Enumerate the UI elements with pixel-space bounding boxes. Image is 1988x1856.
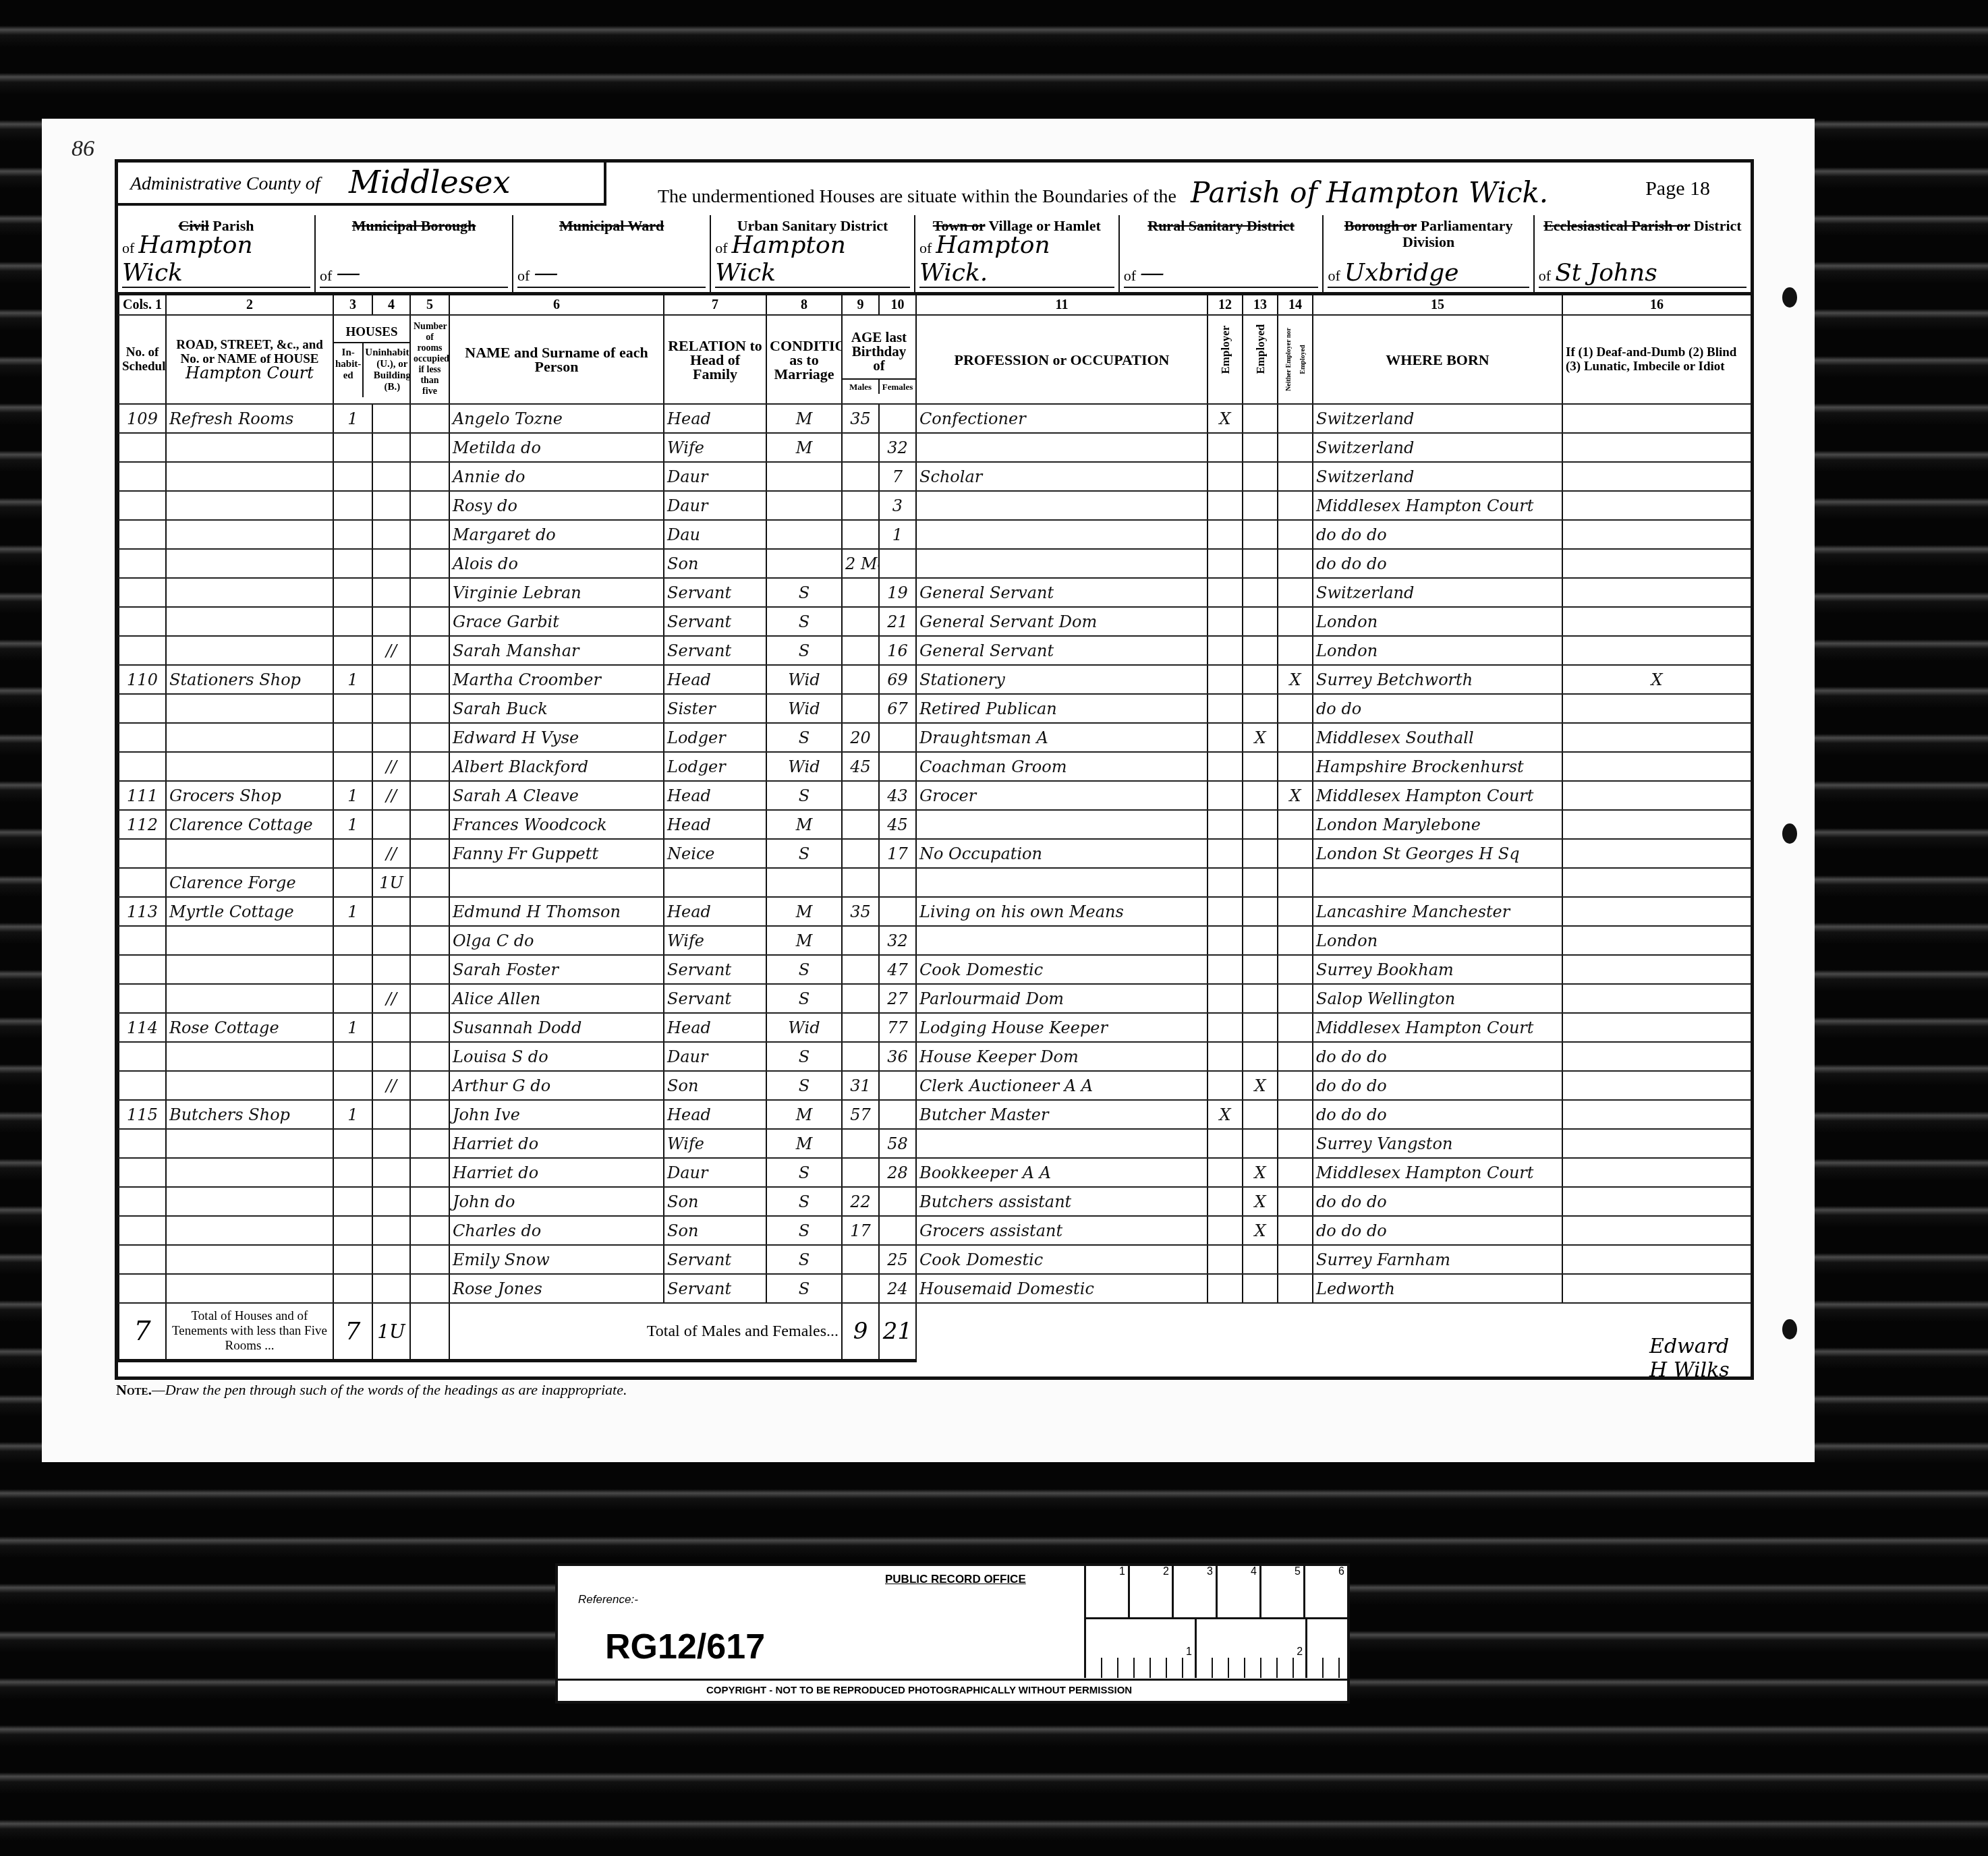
header-occupation: PROFESSION or OCCUPATION [916, 315, 1208, 404]
division-label-struck: Borough or [1344, 217, 1417, 234]
cell-neither [1278, 1187, 1313, 1216]
cell-relation: Servant [664, 1245, 766, 1274]
scale-ruler: 123456 12 [1084, 1566, 1349, 1678]
cell-condition: S [766, 723, 842, 752]
cell-uninhabited: // [372, 984, 410, 1013]
census-page: 86 Administrative County of Middlesex Th… [42, 119, 1815, 1462]
cell-male-age [842, 520, 879, 549]
division-value: ofHampton Wick [122, 231, 310, 288]
header-employed: Employed [1243, 315, 1278, 404]
table-row: Sarah BuckSisterWid67Retired Publicando … [119, 694, 1751, 723]
cell-address: Refresh Rooms [166, 404, 333, 433]
cell-female-age [879, 1216, 916, 1245]
cell-name: Sarah Buck [449, 694, 664, 723]
cell-infirmity [1562, 868, 1751, 897]
cell-neither [1278, 433, 1313, 462]
division-value: of— [320, 259, 508, 288]
table-row: Grace GarbitServantS21General Servant Do… [119, 607, 1751, 636]
cell-neither [1278, 839, 1313, 868]
cell-schedule [119, 1042, 166, 1071]
cell-uninhabited: 1U [372, 868, 410, 897]
column-number: 3 [333, 295, 372, 315]
cell-employed [1243, 665, 1278, 694]
cell-male-age [842, 955, 879, 984]
table-row: //Albert BlackfordLodgerWid45Coachman Gr… [119, 752, 1751, 781]
cell-relation: Son [664, 549, 766, 578]
division-value: ofUxbridge [1328, 259, 1529, 288]
cell-relation: Wife [664, 926, 766, 955]
cell-occupation: House Keeper Dom [916, 1042, 1208, 1071]
cell-neither [1278, 955, 1313, 984]
cell-name: Edward H Vyse [449, 723, 664, 752]
table-row: Charles doSonS17Grocers assistantXdo do … [119, 1216, 1751, 1245]
cell-schedule: 113 [119, 897, 166, 926]
cell-infirmity [1562, 491, 1751, 520]
division-7: Ecclesiastical Parish or DistrictofSt Jo… [1535, 215, 1751, 292]
cell-where-born: Salop Wellington [1313, 984, 1562, 1013]
division-value: ofHampton Wick. [919, 231, 1114, 288]
page-number: Page 18 [1645, 177, 1710, 200]
cell-address [166, 723, 333, 752]
cell-condition: Wid [766, 752, 842, 781]
cell-male-age: 57 [842, 1100, 879, 1129]
cell-name: John do [449, 1187, 664, 1216]
cell-name: Alois do [449, 549, 664, 578]
cell-where-born: Surrey Vangston [1313, 1129, 1562, 1158]
cell-employer [1208, 752, 1243, 781]
cell-female-age [879, 752, 916, 781]
cell-employer [1208, 665, 1243, 694]
cell-address [166, 1187, 333, 1216]
cell-schedule [119, 723, 166, 752]
cell-neither [1278, 578, 1313, 607]
reference-label: Reference:- [578, 1593, 638, 1606]
table-row: Emily SnowServantS25Cook DomesticSurrey … [119, 1245, 1751, 1274]
cell-neither [1278, 636, 1313, 665]
column-headers-row: No. of Schedule ROAD, STREET, &c., and N… [119, 315, 1751, 404]
cell-rooms [410, 1158, 449, 1187]
cell-employed [1243, 1042, 1278, 1071]
cell-male-age [842, 607, 879, 636]
cell-female-age: 47 [879, 955, 916, 984]
cell-where-born: London [1313, 926, 1562, 955]
cell-employed [1243, 607, 1278, 636]
header-relation: RELATION to Head of Family [664, 315, 766, 404]
cell-neither [1278, 1042, 1313, 1071]
cell-neither [1278, 607, 1313, 636]
division-label-text: Parliamentary Division [1402, 217, 1512, 250]
cell-address [166, 955, 333, 984]
cell-infirmity [1562, 1187, 1751, 1216]
cell-occupation: General Servant Dom [916, 607, 1208, 636]
cell-inhabited [333, 984, 372, 1013]
cell-employed [1243, 462, 1278, 491]
cell-rooms [410, 433, 449, 462]
cell-relation: Daur [664, 491, 766, 520]
cell-relation: Lodger [664, 723, 766, 752]
division-label-struck: Rural Sanitary District [1147, 217, 1295, 234]
cell-male-age: 22 [842, 1187, 879, 1216]
cell-rooms [410, 723, 449, 752]
cell-employer [1208, 1013, 1243, 1042]
cell-name: Charles do [449, 1216, 664, 1245]
header-condition: CONDITION as to Marriage [766, 315, 842, 404]
cell-female-age: 27 [879, 984, 916, 1013]
cell-condition: S [766, 1245, 842, 1274]
cell-condition: M [766, 404, 842, 433]
cell-employed [1243, 578, 1278, 607]
cell-rooms [410, 491, 449, 520]
cell-where-born: Middlesex Southall [1313, 723, 1562, 752]
division-label-struck: Ecclesiastical Parish or [1543, 217, 1690, 234]
cell-relation: Daur [664, 462, 766, 491]
cell-schedule [119, 520, 166, 549]
cell-neither [1278, 810, 1313, 839]
cell-employed: X [1243, 723, 1278, 752]
ruler-cm-mark: 2 [1130, 1566, 1174, 1617]
cell-address: Myrtle Cottage [166, 897, 333, 926]
header-age-group: AGE last Birthday of [843, 325, 915, 380]
binding-hole [1782, 1319, 1797, 1339]
cell-where-born: Switzerland [1313, 578, 1562, 607]
cell-inhabited [333, 868, 372, 897]
cell-employer [1208, 1071, 1243, 1100]
cell-name: Olga C do [449, 926, 664, 955]
cell-neither [1278, 549, 1313, 578]
division-6: Borough or Parliamentary DivisionofUxbri… [1324, 215, 1534, 292]
ruler-inch-remainder [1307, 1619, 1349, 1678]
cell-condition: S [766, 984, 842, 1013]
division-value-text: — [336, 259, 360, 287]
cell-rooms [410, 1187, 449, 1216]
cell-schedule [119, 1129, 166, 1158]
cell-employer [1208, 810, 1243, 839]
cell-neither [1278, 926, 1313, 955]
cell-infirmity [1562, 520, 1751, 549]
cell-uninhabited [372, 955, 410, 984]
cell-infirmity [1562, 578, 1751, 607]
cell-employer [1208, 578, 1243, 607]
total-persons-label: Total of Males and Females... [449, 1303, 842, 1361]
cell-schedule [119, 433, 166, 462]
cell-employed [1243, 1013, 1278, 1042]
table-row: //Sarah MansharServantS16General Servant… [119, 636, 1751, 665]
boundaries-label: The undermentioned Houses are situate wi… [658, 186, 1176, 207]
cell-schedule [119, 491, 166, 520]
cell-employed [1243, 404, 1278, 433]
cell-rooms [410, 868, 449, 897]
cell-relation: Servant [664, 607, 766, 636]
cell-infirmity [1562, 984, 1751, 1013]
cell-address [166, 549, 333, 578]
cell-inhabited [333, 636, 372, 665]
cell-inhabited [333, 578, 372, 607]
cell-address [166, 491, 333, 520]
cell-employer [1208, 694, 1243, 723]
cell-employer: X [1208, 1100, 1243, 1129]
cell-schedule: 115 [119, 1100, 166, 1129]
cell-employed [1243, 520, 1278, 549]
cell-male-age [842, 1042, 879, 1071]
cell-male-age [842, 1129, 879, 1158]
cell-male-age: 31 [842, 1071, 879, 1100]
cell-relation: Son [664, 1216, 766, 1245]
cell-condition: M [766, 810, 842, 839]
cell-address [166, 1158, 333, 1187]
cell-condition: S [766, 607, 842, 636]
cell-female-age [879, 1100, 916, 1129]
cell-male-age [842, 665, 879, 694]
totals-row: 7 Total of Houses and of Tenements with … [119, 1303, 1751, 1361]
header-infirmity: If (1) Deaf-and-Dumb (2) Blind (3) Lunat… [1562, 315, 1751, 404]
division-2: Municipal Ward of— [513, 215, 711, 292]
division-value-text: — [1140, 259, 1164, 287]
cell-name: Rose Jones [449, 1274, 664, 1303]
cell-occupation: Coachman Groom [916, 752, 1208, 781]
cell-rooms [410, 1042, 449, 1071]
cell-neither [1278, 1274, 1313, 1303]
cell-neither: X [1278, 665, 1313, 694]
cell-where-born: Middlesex Hampton Court [1313, 781, 1562, 810]
footnote-prefix: Note. [116, 1381, 152, 1398]
cell-employer [1208, 433, 1243, 462]
cell-address [166, 636, 333, 665]
cell-address [166, 433, 333, 462]
cell-neither [1278, 491, 1313, 520]
cell-infirmity [1562, 723, 1751, 752]
cell-occupation [916, 810, 1208, 839]
cell-rooms [410, 636, 449, 665]
cell-inhabited [333, 926, 372, 955]
cell-relation: Servant [664, 955, 766, 984]
cell-condition: Wid [766, 1013, 842, 1042]
cell-rooms [410, 1013, 449, 1042]
cell-inhabited: 1 [333, 810, 372, 839]
cell-employed [1243, 491, 1278, 520]
cell-address [166, 1129, 333, 1158]
cell-rooms [410, 955, 449, 984]
cell-uninhabited: // [372, 636, 410, 665]
table-row: Sarah FosterServantS47Cook DomesticSurre… [119, 955, 1751, 984]
cell-condition: M [766, 433, 842, 462]
cell-uninhabited [372, 1274, 410, 1303]
cell-inhabited [333, 752, 372, 781]
cell-male-age: 35 [842, 897, 879, 926]
cell-occupation: Confectioner [916, 404, 1208, 433]
header-age: AGE last Birthday of Males Females [842, 315, 916, 404]
cell-name: Arthur G do [449, 1071, 664, 1100]
cell-condition [766, 491, 842, 520]
table-row: 112Clarence Cottage1Frances WoodcockHead… [119, 810, 1751, 839]
cell-occupation [916, 1129, 1208, 1158]
cell-where-born: Middlesex Hampton Court [1313, 1158, 1562, 1187]
ruler-inch-mark: 1 [1086, 1619, 1197, 1678]
column-number: 11 [916, 295, 1208, 315]
column-number: 8 [766, 295, 842, 315]
administrative-divisions: Civil ParishofHampton WickMunicipal Boro… [118, 215, 1751, 295]
column-number: 4 [372, 295, 410, 315]
cell-rooms [410, 1245, 449, 1274]
cell-infirmity [1562, 1245, 1751, 1274]
column-number: 14 [1278, 295, 1313, 315]
table-row: 109Refresh Rooms1Angelo TozneHeadM35Conf… [119, 404, 1751, 433]
total-inhabited: 7 [333, 1303, 372, 1361]
header-employed-label: Employed [1253, 345, 1268, 374]
header-males: Males [843, 380, 880, 394]
cell-occupation: Butcher Master [916, 1100, 1208, 1129]
header-employer: Employer [1208, 315, 1243, 404]
cell-where-born: Surrey Bookham [1313, 955, 1562, 984]
cell-condition: S [766, 1042, 842, 1071]
cell-neither [1278, 404, 1313, 433]
cell-name: Emily Snow [449, 1245, 664, 1274]
cell-where-born: London Marylebone [1313, 810, 1562, 839]
cell-male-age: 2 Mo [842, 549, 879, 578]
cell-occupation: Stationery [916, 665, 1208, 694]
cell-inhabited: 1 [333, 897, 372, 926]
division-5: Rural Sanitary District of— [1120, 215, 1324, 292]
copyright-notice: COPYRIGHT - NOT TO BE REPRODUCED PHOTOGR… [558, 1679, 1347, 1701]
cell-name: Metilda do [449, 433, 664, 462]
table-row: Rosy doDaur3Middlesex Hampton Court [119, 491, 1751, 520]
ruler-cm-mark: 4 [1218, 1566, 1261, 1617]
cell-female-age: 67 [879, 694, 916, 723]
cell-occupation: Cook Domestic [916, 955, 1208, 984]
cell-schedule [119, 1158, 166, 1187]
cell-inhabited [333, 1245, 372, 1274]
cell-female-age: 7 [879, 462, 916, 491]
cell-occupation [916, 868, 1208, 897]
division-label-text: District [1694, 217, 1742, 234]
cell-condition: Wid [766, 665, 842, 694]
ruler-inch: 12 [1086, 1619, 1349, 1678]
cell-female-age: 19 [879, 578, 916, 607]
column-number: 7 [664, 295, 766, 315]
cell-rooms [410, 1274, 449, 1303]
cell-rooms [410, 549, 449, 578]
cell-male-age [842, 839, 879, 868]
cell-address [166, 462, 333, 491]
cell-address [166, 752, 333, 781]
cell-condition [766, 549, 842, 578]
cell-address [166, 839, 333, 868]
cell-condition: S [766, 955, 842, 984]
cell-infirmity [1562, 1274, 1751, 1303]
cell-condition: M [766, 1100, 842, 1129]
cell-address [166, 607, 333, 636]
cell-name: Alice Allen [449, 984, 664, 1013]
cell-relation: Servant [664, 984, 766, 1013]
cell-employed: X [1243, 1071, 1278, 1100]
cell-schedule [119, 752, 166, 781]
cell-schedule: 110 [119, 665, 166, 694]
cell-inhabited: 1 [333, 404, 372, 433]
cell-relation: Head [664, 810, 766, 839]
cell-inhabited [333, 520, 372, 549]
cell-employed [1243, 926, 1278, 955]
cell-employer [1208, 1158, 1243, 1187]
cell-male-age [842, 462, 879, 491]
cell-name: Margaret do [449, 520, 664, 549]
cell-female-age: 43 [879, 781, 916, 810]
cell-infirmity [1562, 1100, 1751, 1129]
cell-inhabited [333, 462, 372, 491]
cell-schedule: 112 [119, 810, 166, 839]
cell-employer: X [1208, 404, 1243, 433]
cell-where-born: Switzerland [1313, 404, 1562, 433]
cell-female-age [879, 1187, 916, 1216]
cell-uninhabited [372, 1187, 410, 1216]
binding-hole [1782, 287, 1797, 308]
cell-rooms [410, 1100, 449, 1129]
header-where-born: WHERE BORN [1313, 315, 1562, 404]
column-number: 9 [842, 295, 879, 315]
cell-neither [1278, 1245, 1313, 1274]
cell-schedule [119, 694, 166, 723]
cell-name: Sarah Manshar [449, 636, 664, 665]
column-number: 13 [1243, 295, 1278, 315]
reference-slip: PUBLIC RECORD OFFICE Reference:- RG12/61… [555, 1563, 1350, 1704]
cell-rooms [410, 984, 449, 1013]
cell-employer [1208, 1245, 1243, 1274]
cell-relation: Daur [664, 1042, 766, 1071]
cell-infirmity [1562, 1042, 1751, 1071]
cell-neither [1278, 694, 1313, 723]
column-numbers-row: Cols. 12345678910111213141516 [119, 295, 1751, 315]
table-row: //Arthur G doSonS31Clerk Auctioneer A AX… [119, 1071, 1751, 1100]
cell-where-born: Switzerland [1313, 433, 1562, 462]
cell-relation: Son [664, 1187, 766, 1216]
cell-employed: X [1243, 1187, 1278, 1216]
header-neither-label: Neither Employer nor Employed [1282, 319, 1310, 400]
cell-neither [1278, 1158, 1313, 1187]
cell-employed [1243, 781, 1278, 810]
table-row: Annie doDaur7ScholarSwitzerland [119, 462, 1751, 491]
cell-neither: X [1278, 781, 1313, 810]
cell-employer [1208, 1187, 1243, 1216]
table-row: //Alice AllenServantS27Parlourmaid DomSa… [119, 984, 1751, 1013]
cell-uninhabited [372, 665, 410, 694]
cell-where-born: Ledworth [1313, 1274, 1562, 1303]
cell-schedule [119, 462, 166, 491]
cell-condition: M [766, 897, 842, 926]
cell-rooms [410, 781, 449, 810]
cell-male-age [842, 578, 879, 607]
ruler-inch-mark: 2 [1197, 1619, 1307, 1678]
cell-employed [1243, 984, 1278, 1013]
margin-signature: Edward H Wilks [1649, 1335, 1751, 1382]
cell-schedule [119, 955, 166, 984]
cell-schedule [119, 636, 166, 665]
division-value: ofSt Johns [1539, 259, 1746, 288]
cell-female-age: 25 [879, 1245, 916, 1274]
cell-infirmity [1562, 636, 1751, 665]
cell-condition: Wid [766, 694, 842, 723]
cell-name: Harriet do [449, 1129, 664, 1158]
cell-infirmity [1562, 955, 1751, 984]
cell-neither [1278, 520, 1313, 549]
cell-condition: S [766, 1071, 842, 1100]
cell-infirmity [1562, 462, 1751, 491]
cell-occupation: Bookkeeper A A [916, 1158, 1208, 1187]
cell-employer [1208, 926, 1243, 955]
table-row: Edward H VyseLodgerS20Draughtsman AXMidd… [119, 723, 1751, 752]
table-row: John doSonS22Butchers assistantXdo do do [119, 1187, 1751, 1216]
cell-inhabited: 1 [333, 665, 372, 694]
cell-occupation: No Occupation [916, 839, 1208, 868]
folio-note: 86 [72, 136, 94, 162]
cell-where-born: do do do [1313, 1187, 1562, 1216]
